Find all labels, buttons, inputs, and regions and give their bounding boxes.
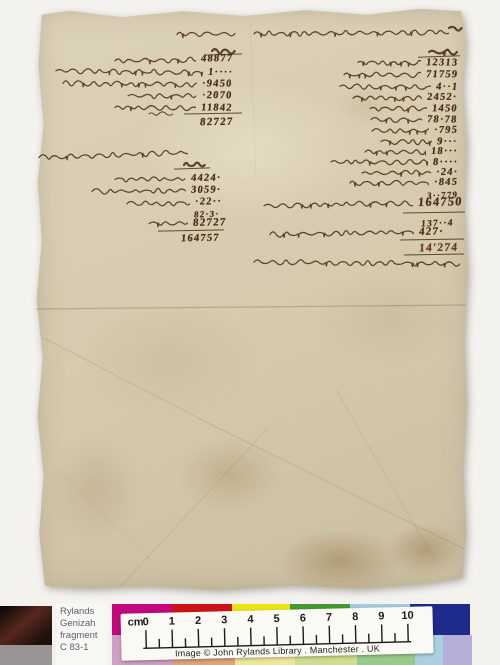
ruler-number: 10 (401, 610, 414, 622)
fragment-label-line: Rylands (60, 606, 108, 618)
manuscript-paper (34, 6, 472, 592)
ruler-number: 3 (221, 614, 227, 626)
calibration-gray-patch (0, 645, 52, 665)
ruler-unit-label: cm (128, 616, 144, 628)
paper-shadow-wrap (0, 0, 500, 665)
fragment-label-line: fragment (60, 630, 108, 642)
color-patch-bottom (443, 635, 472, 665)
ruler-number: 6 (300, 612, 306, 624)
calibration-dark-patch (0, 606, 52, 645)
fragment-label-line: Genizah (60, 618, 108, 630)
fragment-label-card: Rylands Genizah fragment C 83-1 (56, 603, 108, 665)
ruler-number: 8 (352, 611, 358, 623)
ruler-card: cm 012345678910 Image © John Rylands Lib… (120, 606, 433, 661)
photo-stage: 12313717594··12452·145078·78·7959···18··… (0, 0, 500, 665)
ruler-number: 4 (247, 614, 253, 626)
ruler-number: 0 (142, 616, 148, 628)
ruler-number: 9 (378, 610, 384, 622)
ruler-number: 7 (326, 612, 332, 624)
ruler-number: 5 (273, 613, 279, 625)
ruler-number: 2 (195, 615, 201, 627)
ruler-number: 1 (169, 615, 175, 627)
fragment-label-line: C 83-1 (60, 642, 108, 654)
